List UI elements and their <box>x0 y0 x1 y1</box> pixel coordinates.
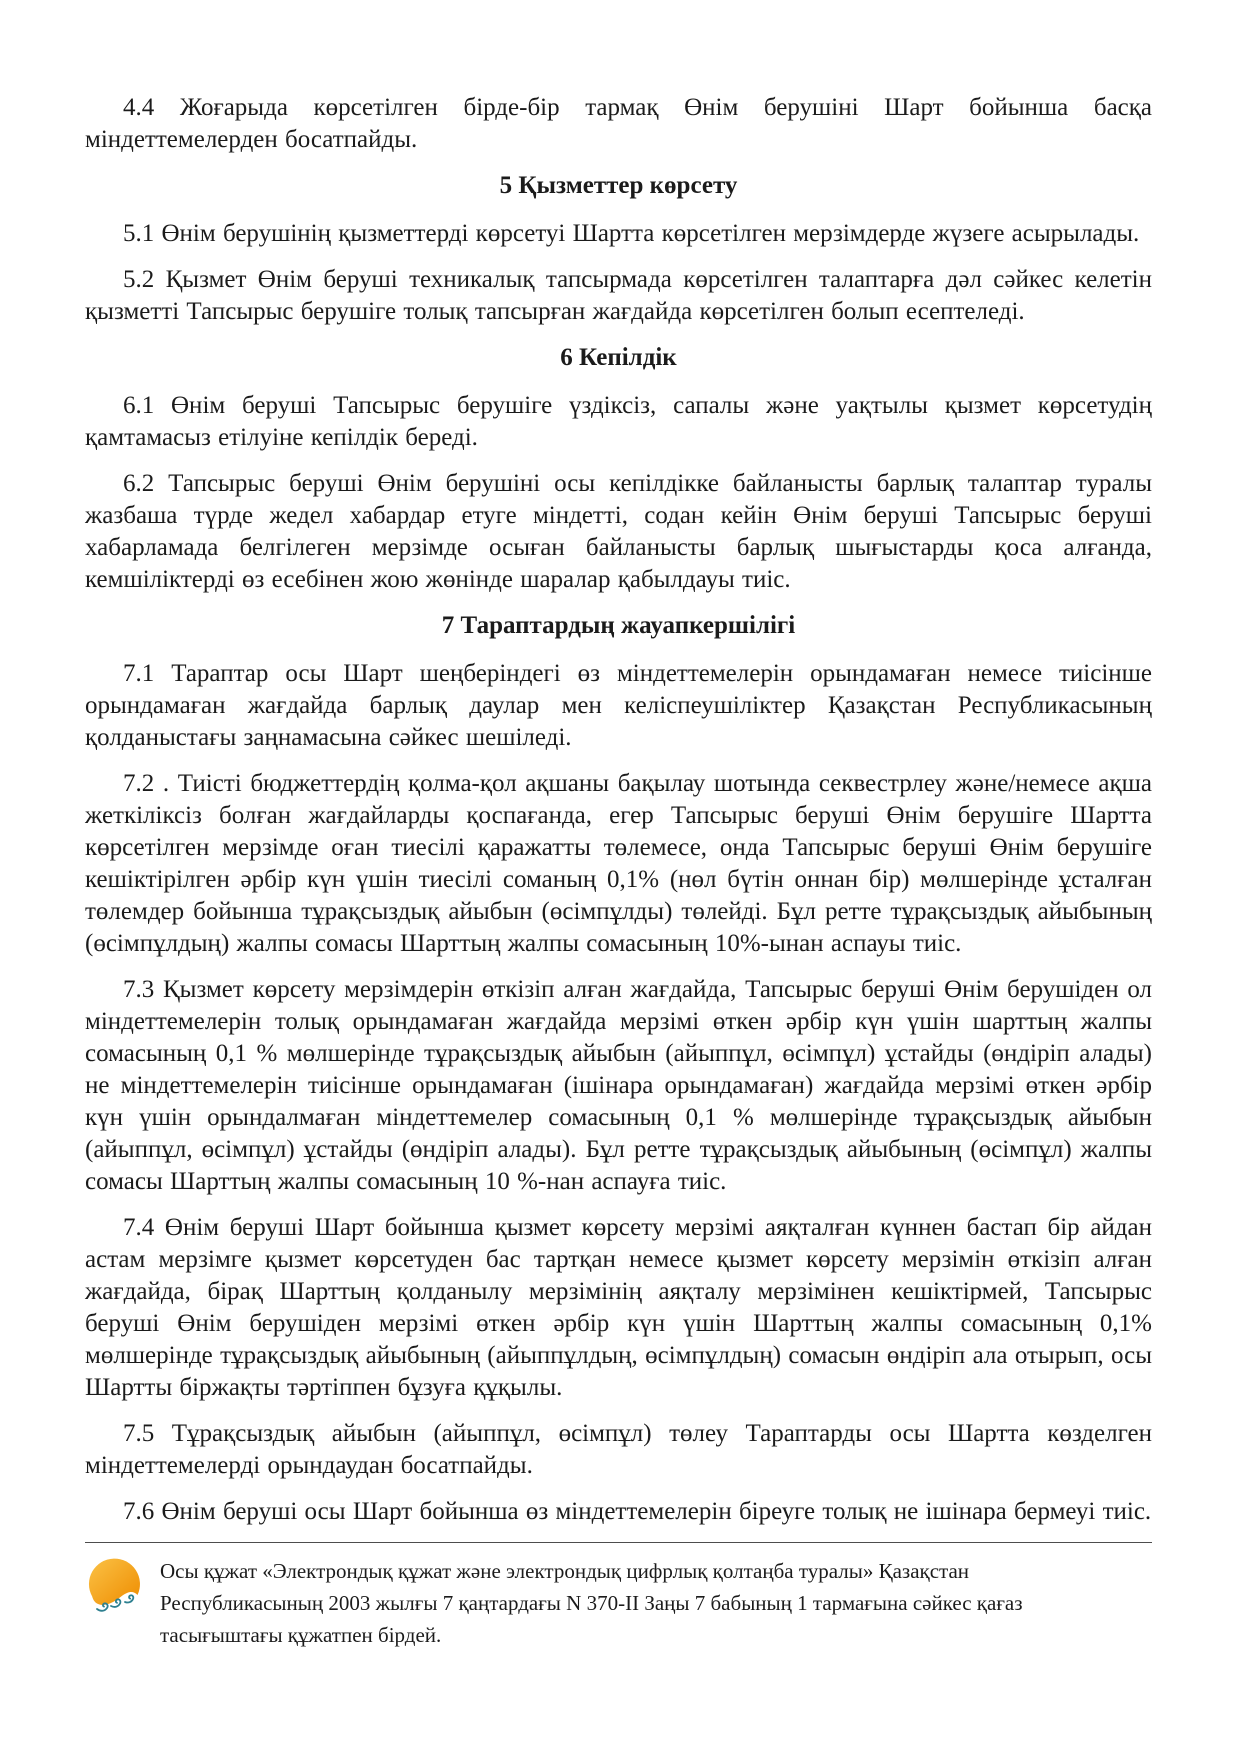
clause-6-2: 6.2 Тапсырыс беруші Өнім берушіні осы ке… <box>85 468 1152 596</box>
document-page: 4.4 Жоғарыда көрсетілген бірде-бір тарма… <box>0 0 1241 1754</box>
clause-6-1: 6.1 Өнім беруші Тапсырыс берушіге үздікс… <box>85 390 1152 454</box>
clause-7-2: 7.2 . Тиісті бюджеттердің қолма-қол ақша… <box>85 768 1152 960</box>
clause-7-3: 7.3 Қызмет көрсету мерзімдерін өткізіп а… <box>85 974 1152 1198</box>
clause-7-1: 7.1 Тараптар осы Шарт шеңберіндегі өз мі… <box>85 658 1152 754</box>
clause-7-6: 7.6 Өнім беруші осы Шарт бойынша өз мінд… <box>85 1496 1152 1528</box>
footer-divider <box>85 1542 1152 1543</box>
clause-4-4: 4.4 Жоғарыда көрсетілген бірде-бір тарма… <box>85 92 1152 156</box>
section-heading-services: 5 Қызметтер көрсету <box>85 170 1152 202</box>
clause-5-2: 5.2 Қызмет Өнім беруші техникалық тапсыр… <box>85 264 1152 328</box>
signature-footer: Осы құжат «Электрондық құжат және электр… <box>85 1542 1152 1672</box>
clause-5-1: 5.1 Өнім берушінің қызметтерді көрсетуі … <box>85 218 1152 250</box>
section-heading-warranty: 6 Кепілдік <box>85 342 1152 374</box>
clause-7-5: 7.5 Тұрақсыздық айыбын (айыппұл, өсімпұл… <box>85 1418 1152 1482</box>
clause-7-4: 7.4 Өнім беруші Шарт бойынша қызмет көрс… <box>85 1212 1152 1404</box>
footer-note: Осы құжат «Электрондық құжат және электр… <box>160 1555 1060 1651</box>
section-heading-liability: 7 Тараптардың жауапкершілігі <box>85 610 1152 642</box>
egov-emblem-icon <box>85 1555 145 1617</box>
